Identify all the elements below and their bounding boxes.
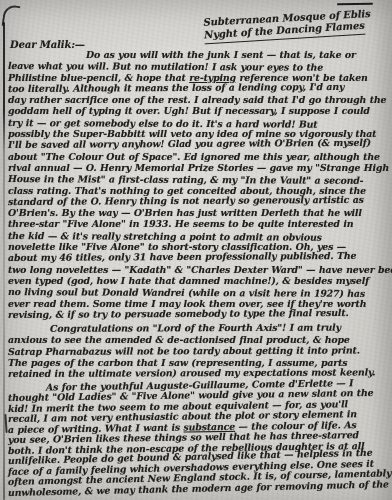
letter-body: Do as you will with the junk I sent — th…	[8, 50, 388, 499]
letter-line: even typed (god, how I hate that damned …	[8, 276, 388, 287]
letter-line: Satrap Pharnabazus will not be too tardy…	[8, 345, 388, 358]
letter-line: three-star "Five Alone" in 1933. He seem…	[8, 219, 388, 230]
letter-line: Do as you will with the junk I sent — th…	[8, 50, 388, 61]
letter-line: goddam hell of typing it over. Ugh! But …	[8, 106, 388, 117]
letter-paragraph: Do as you will with the junk I sent — th…	[8, 50, 388, 321]
scan-top-right-line-artifact	[337, 3, 373, 6]
letter-line: too literally. Although it means the los…	[8, 82, 388, 96]
letter-line: leave what you will. But no mutilation! …	[8, 61, 388, 74]
letter-line: no living soul but Donald Wandrei (while…	[8, 287, 388, 300]
scan-corner-hook-artifact	[2, 4, 21, 28]
letter-line: about my 46 titles, only 31 have been pr…	[8, 251, 388, 265]
letter-line: day rather sacrifice one of the rest. I …	[8, 95, 388, 106]
letter-paragraph: As for the youthful Auguste-Guillaume, C…	[8, 384, 388, 500]
letter-line: revising, & if so try to persuade somebo…	[8, 308, 388, 322]
letter-page: Subterranean Mosque of Eblis Nyght of th…	[0, 0, 392, 500]
letter-line: I'll be saved all worry anyhow! Glad you…	[8, 138, 388, 152]
letter-line: standard of the O. Henry thing is not ne…	[8, 195, 388, 209]
letter-line: rival annual — O. Henry Memorial Prize S…	[8, 163, 388, 174]
letter-line: O'Brien's. By the way — O'Brien has just…	[8, 208, 388, 219]
letter-line: the kid — & it's really stretching a poi…	[8, 231, 388, 244]
letter-line: about "The Colour Out of Space". Ed igno…	[8, 152, 388, 163]
letter-line: Congratulations on "Lord of the Fourth A…	[8, 322, 388, 335]
letter-line: House in the Mist" a first-class rating,…	[8, 174, 388, 187]
letter-line: two long novelettes — "Kadath" & "Charle…	[8, 265, 388, 276]
letter-dateline: Subterranean Mosque of Eblis Nyght of th…	[203, 9, 371, 43]
letter-line: try it — or get somebody else to do it. …	[8, 118, 388, 131]
letter-paragraph: Congratulations on "Lord of the Fourth A…	[8, 324, 388, 380]
